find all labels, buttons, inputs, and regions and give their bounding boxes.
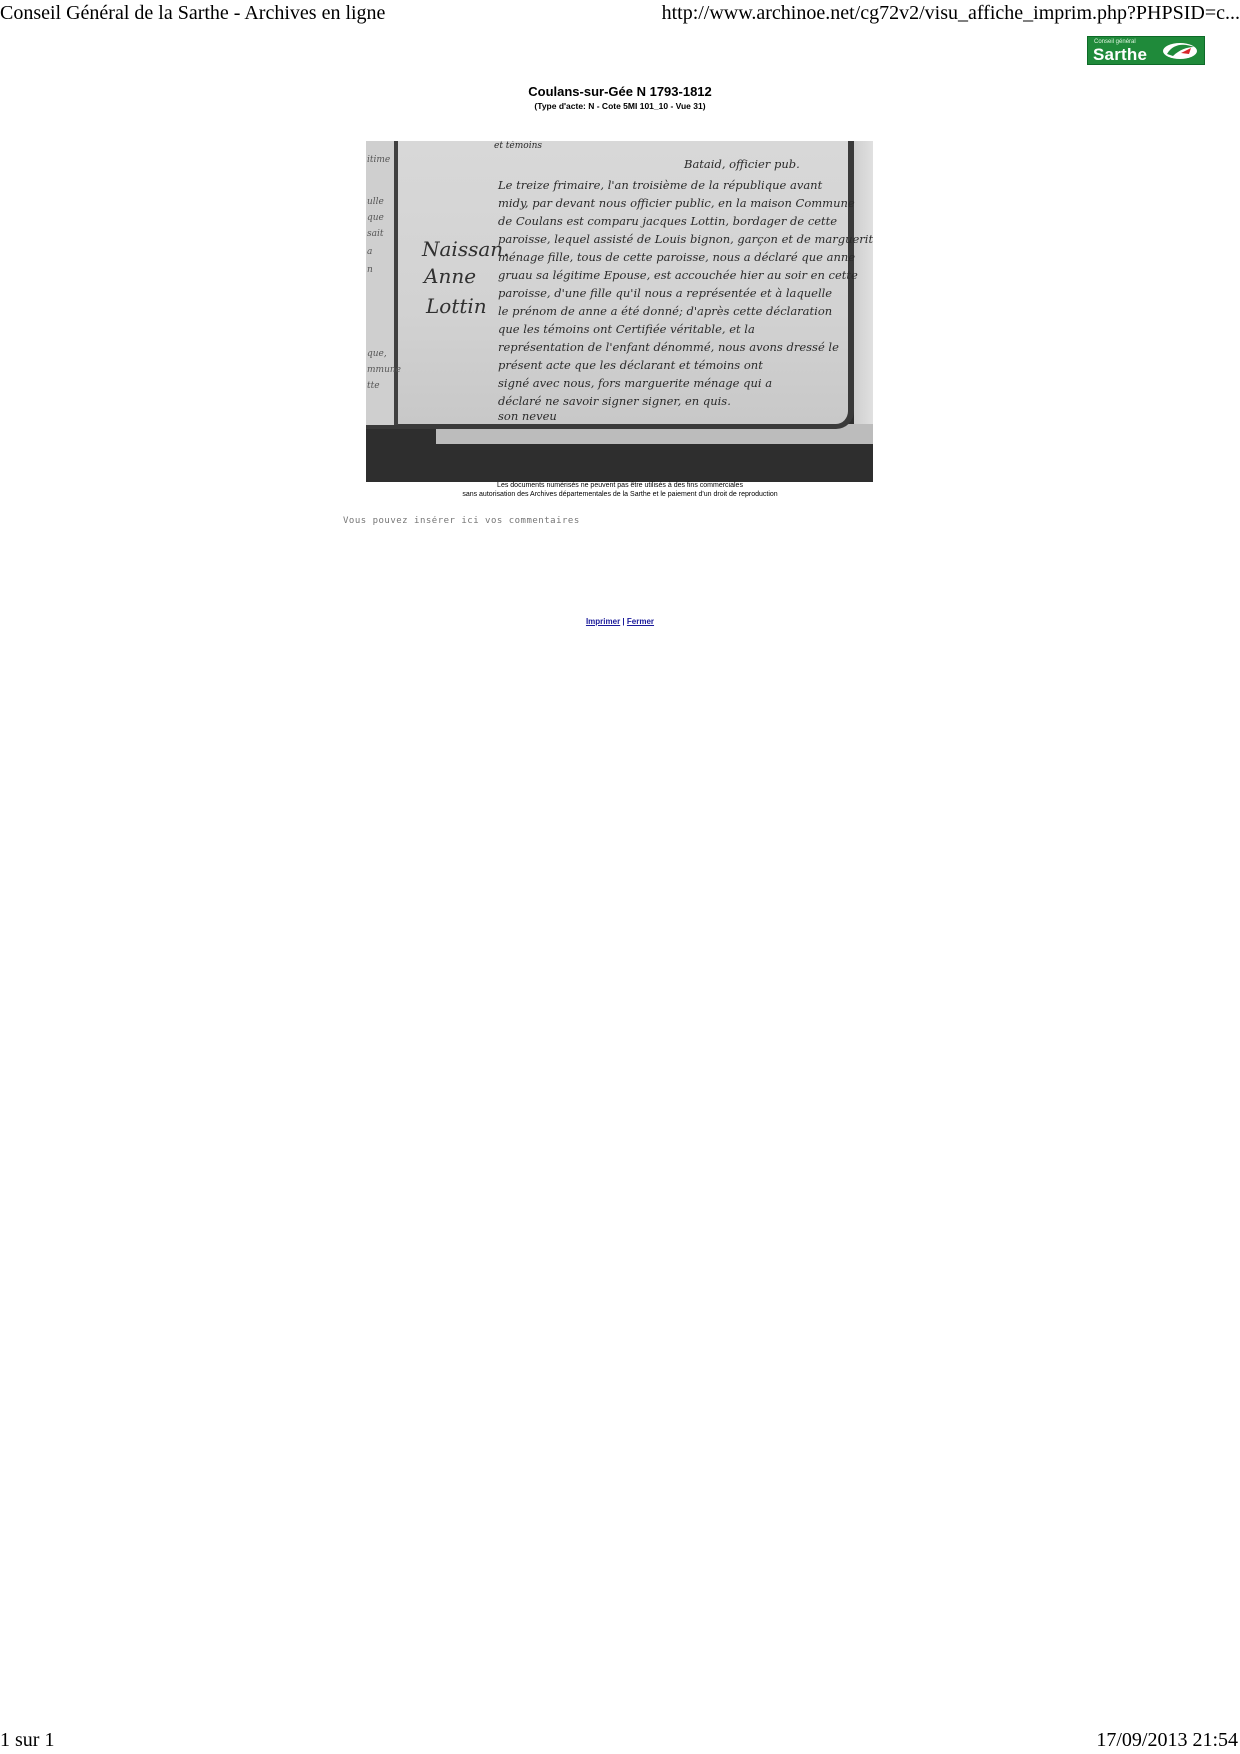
handwritten-line: que les témoins ont Certifiée véritable,…: [498, 322, 755, 336]
handwritten-line: Bataid, officier pub.: [684, 157, 800, 171]
margin-label-firstname: Anne: [424, 264, 476, 288]
print-header-url: http://www.archinoe.net/cg72v2/visu_affi…: [662, 2, 1240, 25]
handwritten-line: signé avec nous, fors marguerite ménage …: [498, 376, 772, 390]
handwritten-line: son neveu: [498, 409, 557, 423]
action-links: Imprimer | Fermer: [0, 617, 1240, 626]
notice-line-2: sans autorisation des Archives départeme…: [0, 490, 1240, 499]
edge-fragment: itime: [367, 155, 390, 165]
edge-fragment: sait: [367, 229, 383, 239]
copyright-notice: Les documents numérisés ne peuvent pas ê…: [0, 481, 1240, 499]
edge-fragment: mmune: [367, 365, 401, 375]
logo-big-text: Sarthe: [1093, 45, 1147, 65]
handwritten-line: de Coulans est comparu jacques Lottin, b…: [498, 214, 837, 228]
edge-fragment: tte: [367, 381, 380, 391]
document-subtitle: (Type d'acte: N - Cote 5MI 101_10 - Vue …: [0, 101, 1240, 111]
scan-right-strip: [854, 141, 873, 441]
edge-fragment: ulle: [367, 197, 384, 207]
handwritten-line: gruau sa légitime Epouse, est accouchée …: [498, 268, 858, 282]
print-footer-page-count: 1 sur 1: [0, 1729, 54, 1752]
close-link[interactable]: Fermer: [627, 617, 654, 626]
handwritten-line: Le treize frimaire, l'an troisième de la…: [498, 178, 822, 192]
margin-label-naissance: Naissan.: [422, 237, 510, 261]
notice-line-1: Les documents numérisés ne peuvent pas ê…: [0, 481, 1240, 490]
sarthe-swoosh-icon: [1161, 41, 1199, 60]
margin-label-surname: Lottin: [426, 294, 487, 318]
print-footer-datetime: 17/09/2013 21:54: [1096, 1729, 1238, 1752]
register-scan-image: itime ulle que sait a n que, mmune tte N…: [366, 141, 873, 482]
handwritten-line: le prénom de anne a été donné; d'après c…: [498, 304, 832, 318]
edge-fragment: que,: [367, 349, 387, 359]
edge-fragment: n: [367, 265, 373, 275]
document-title: Coulans-sur-Gée N 1793-1812: [0, 84, 1240, 99]
handwritten-line: ménage fille, tous de cette paroisse, no…: [498, 250, 855, 264]
handwritten-line: paroisse, d'une fille qu'il nous a repré…: [498, 286, 832, 300]
link-separator: |: [622, 617, 624, 626]
handwritten-line: présent acte que les déclarant et témoin…: [498, 358, 763, 372]
handwritten-line: représentation de l'enfant dénommé, nous…: [498, 340, 839, 354]
print-header-page-title: Conseil Général de la Sarthe - Archives …: [0, 2, 385, 25]
handwritten-line: et témoins: [494, 141, 542, 151]
sarthe-logo: Conseil général Sarthe: [1087, 36, 1205, 65]
handwritten-line: déclaré ne savoir signer signer, en quis…: [498, 394, 731, 408]
handwritten-line: midy, par devant nous officier public, e…: [498, 196, 855, 210]
comments-input[interactable]: [343, 516, 903, 526]
handwritten-line: paroisse, lequel assisté de Louis bignon…: [498, 232, 873, 246]
edge-fragment: que: [367, 213, 384, 223]
edge-fragment: a: [367, 247, 372, 257]
print-link[interactable]: Imprimer: [586, 617, 620, 626]
